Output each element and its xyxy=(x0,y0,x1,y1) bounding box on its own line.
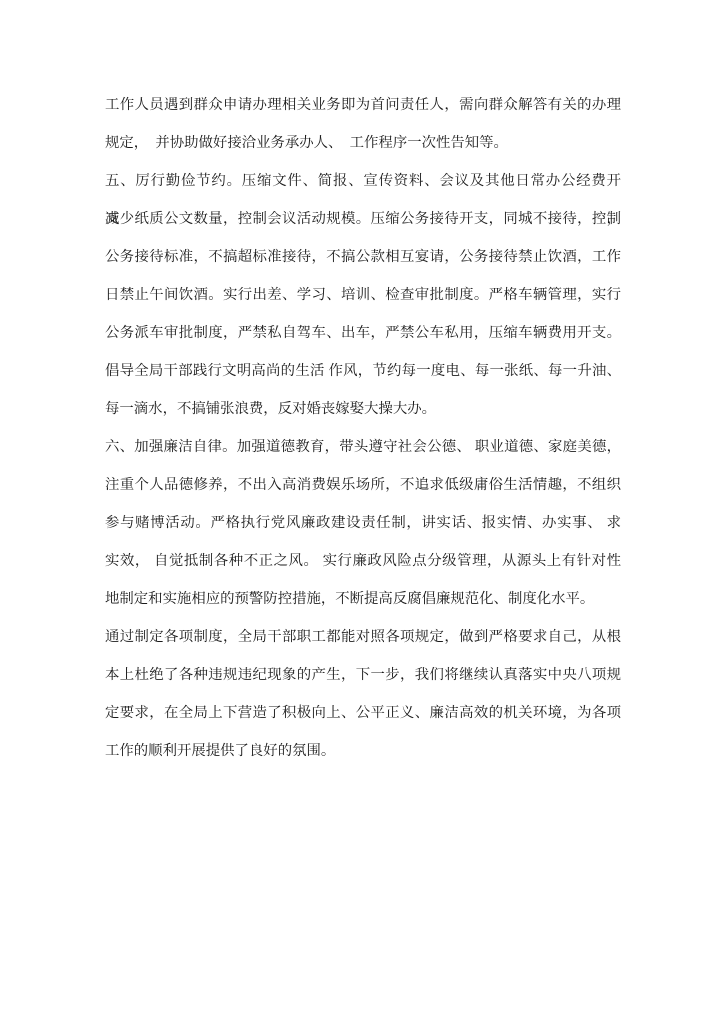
text-line: 工作的顺利开展提供了良好的氛围。 xyxy=(105,732,621,770)
text-line: 每一滴水，不搞铺张浪费，反对婚丧嫁娶大操大办。 xyxy=(105,390,621,428)
text-line: 本上杜绝了各种违规违纪现象的产生，下一步，我们将继续认真落实中央八项规 xyxy=(105,656,621,694)
text-line: 定要求，在全局上下营造了积极向上、公平正义、廉洁高效的机关环境，为各项 xyxy=(105,694,621,732)
text-line: 实效， 自觉抵制各种不正之风。 实行廉政风险点分级管理，从源头上有针对性 xyxy=(105,542,621,580)
text-line: 规定， 并协助做好接洽业务承办人、 工作程序一次性告知等。 xyxy=(105,124,621,162)
text-line: 公务接待标准，不搞超标准接待，不搞公款相互宴请，公务接待禁止饮酒，工作 xyxy=(105,238,621,276)
text-line: 注重个人品德修养，不出入高消费娱乐场所，不追求低级庸俗生活情趣，不组织 xyxy=(105,466,621,504)
text-line: 通过制定各项制度，全局干部职工都能对照各项规定，做到严格要求自己，从根 xyxy=(105,618,621,656)
text-line: 参与赌博活动。严格执行党风廉政建设责任制，讲实话、报实情、办实事、 求 xyxy=(105,504,621,542)
text-line: 工作人员遇到群众申请办理相关业务即为首问责任人，需向群众解答有关的办理 xyxy=(105,86,621,124)
text-line: 日禁止午间饮酒。实行出差、学习、培训、检查审批制度。严格车辆管理，实行 xyxy=(105,276,621,314)
text-line: 五、厉行勤俭节约。压缩文件、简报、宣传资料、会议及其他日常办公经费开支， xyxy=(105,162,621,200)
text-line: 减少纸质公文数量，控制会议活动规模。压缩公务接待开支，同城不接待，控制 xyxy=(105,200,621,238)
document-page: 工作人员遇到群众申请办理相关业务即为首问责任人，需向群众解答有关的办理规定， 并… xyxy=(0,0,721,1020)
text-line: 倡导全局干部践行文明高尚的生活 作风，节约每一度电、每一张纸、每一升油、 xyxy=(105,352,621,390)
text-line: 六、加强廉洁自律。加强道德教育，带头遵守社会公德、 职业道德、家庭美德， xyxy=(105,428,621,466)
text-line: 地制定和实施相应的预警防控措施，不断提高反腐倡廉规范化、制度化水平。 xyxy=(105,580,621,618)
text-line: 公务派车审批制度，严禁私自驾车、出车，严禁公车私用，压缩车辆费用开支。 xyxy=(105,314,621,352)
document-body: 工作人员遇到群众申请办理相关业务即为首问责任人，需向群众解答有关的办理规定， 并… xyxy=(105,86,621,770)
